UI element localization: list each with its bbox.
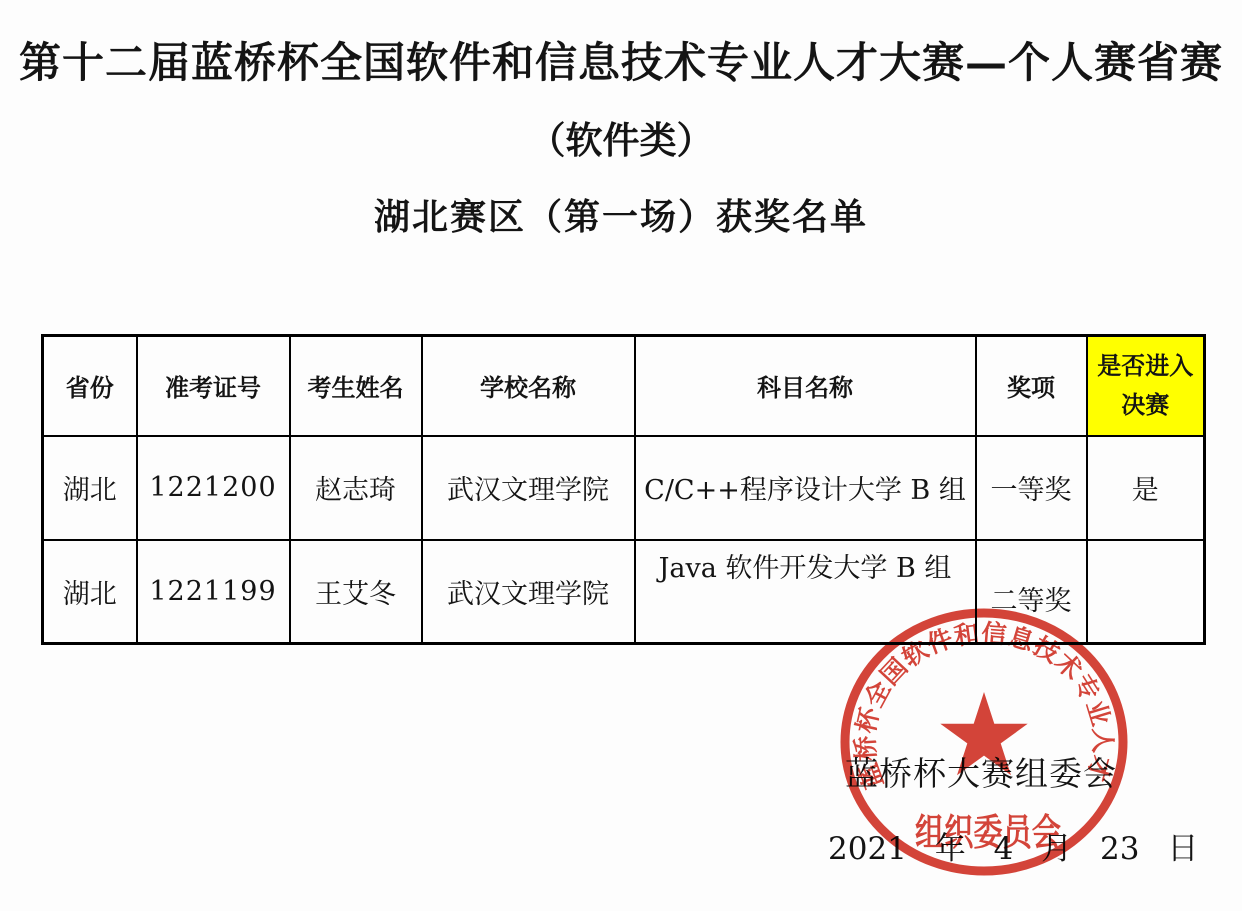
col-header-province: 省份 [43, 336, 137, 436]
col-header-subject: 科目名称 [635, 336, 976, 436]
document-subtitle-category: （软件类） [0, 110, 1242, 164]
cell-province: 湖北 [43, 540, 137, 644]
cell-name: 赵志琦 [290, 436, 422, 540]
cell-award: 二等奖 [976, 540, 1087, 644]
cell-subject: C/C++程序设计大学 B 组 [635, 436, 976, 540]
cell-finals [1087, 540, 1205, 644]
col-header-school: 学校名称 [422, 336, 635, 436]
document-subtitle-region: 湖北赛区（第一场）获奖名单 [0, 189, 1242, 240]
col-header-finals-line1: 是否进入 [1088, 347, 1204, 385]
col-header-finals-line2: 决赛 [1088, 386, 1204, 424]
col-header-award: 奖项 [976, 336, 1087, 436]
signature-date: 2021 年 4 月 23 日 [828, 823, 1198, 868]
table-row: 湖北 1221199 王艾冬 武汉文理学院 Java 软件开发大学 B 组 二等… [43, 540, 1205, 644]
cell-province: 湖北 [43, 436, 137, 540]
cell-finals: 是 [1087, 436, 1205, 540]
header-row: 省份 准考证号 考生姓名 学校名称 科目名称 奖项 是否进入 决赛 [43, 336, 1205, 436]
cell-exam-id: 1221200 [137, 436, 290, 540]
document-title: 第十二届蓝桥杯全国软件和信息技术专业人才大赛—个人赛省赛 [0, 30, 1242, 90]
table-row: 湖北 1221200 赵志琦 武汉文理学院 C/C++程序设计大学 B 组 一等… [43, 436, 1205, 540]
cell-exam-id: 1221199 [137, 540, 290, 644]
col-header-finals: 是否进入 决赛 [1087, 336, 1205, 436]
document-page: 第十二届蓝桥杯全国软件和信息技术专业人才大赛—个人赛省赛 （软件类） 湖北赛区（… [0, 0, 1242, 911]
cell-award: 一等奖 [976, 436, 1087, 540]
cell-name: 王艾冬 [290, 540, 422, 644]
awards-table: 省份 准考证号 考生姓名 学校名称 科目名称 奖项 是否进入 决赛 湖北 122… [41, 334, 1206, 645]
cell-school: 武汉文理学院 [422, 436, 635, 540]
cell-subject: Java 软件开发大学 B 组 [635, 540, 976, 644]
cell-school: 武汉文理学院 [422, 540, 635, 644]
col-header-name: 考生姓名 [290, 336, 422, 436]
signature-committee: 蓝桥杯大赛组委会 [845, 748, 1117, 795]
col-header-exam-id: 准考证号 [137, 336, 290, 436]
